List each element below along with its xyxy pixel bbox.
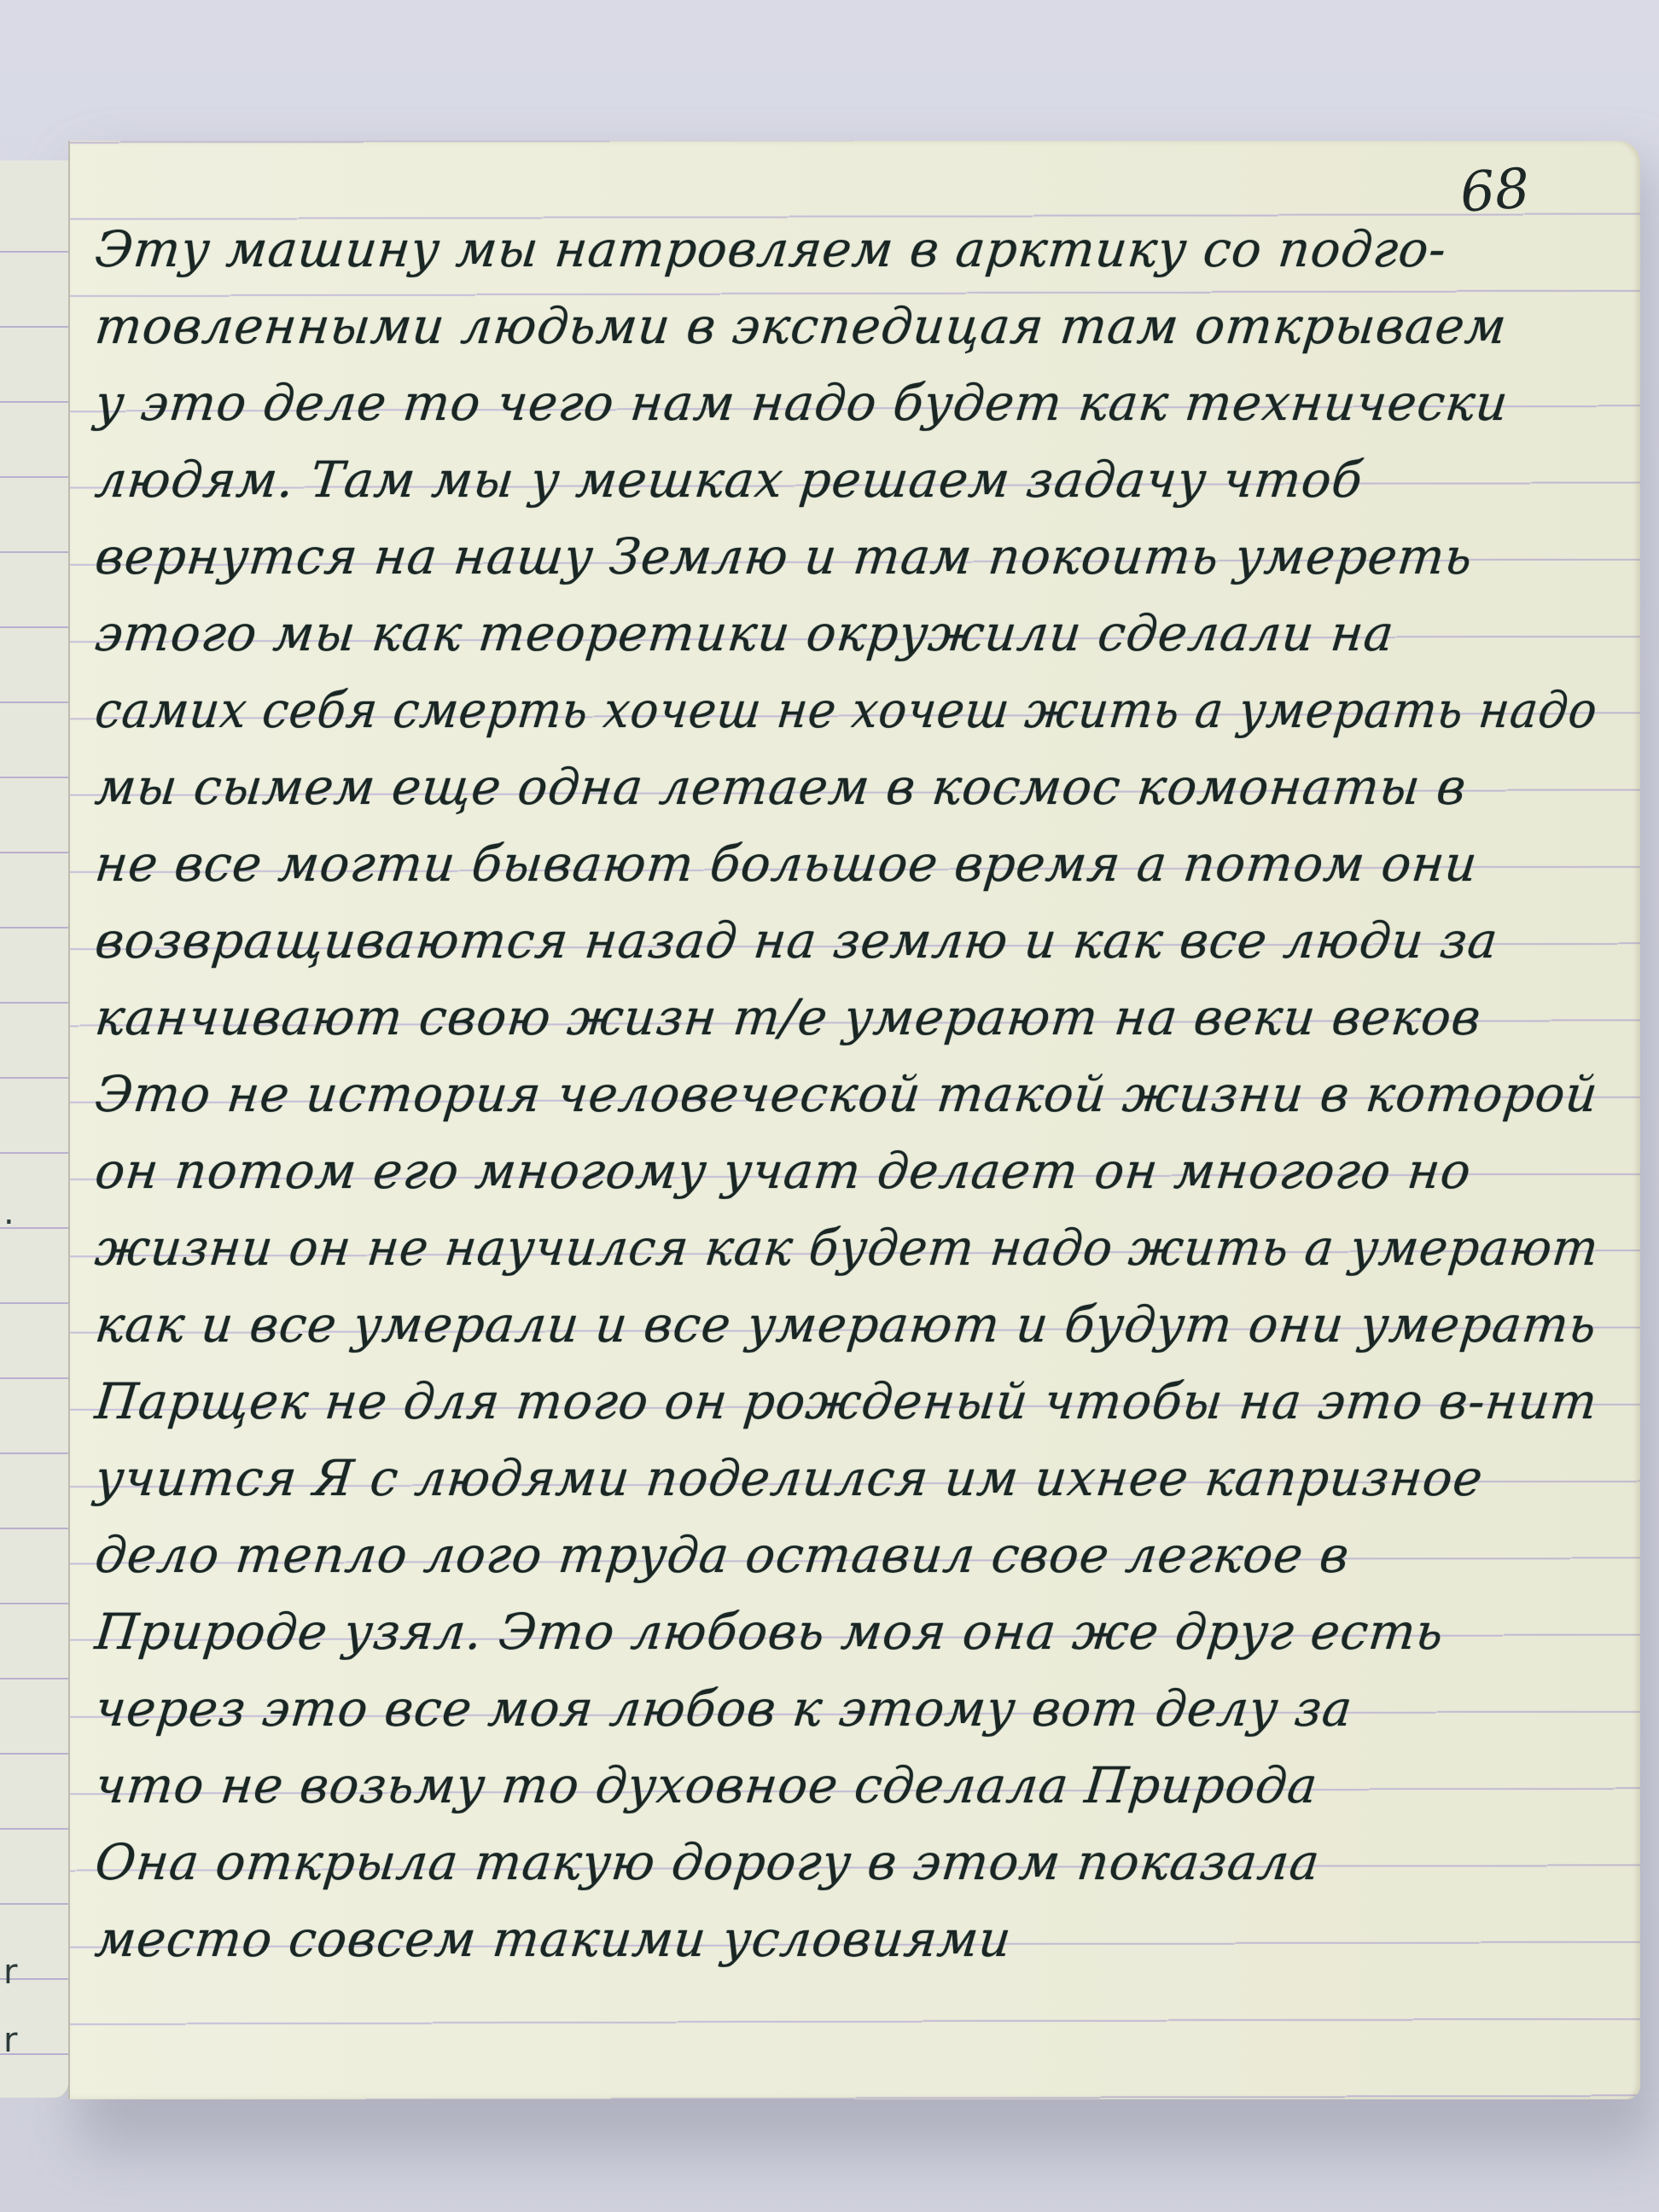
handwritten-line: как и все умерали и все умерают и будут … bbox=[91, 1286, 1594, 1363]
handwritten-line: вернутся на нашу Землю и там покоить уме… bbox=[91, 518, 1602, 595]
handwritten-line: канчивают свою жизн т/е умерают на веки … bbox=[91, 979, 1602, 1056]
handwritten-line: не все могти бывают большое время а пото… bbox=[91, 825, 1602, 902]
handwritten-line: возвращиваются назад на землю и как все … bbox=[91, 902, 1602, 979]
handwritten-line: Природе узял. Это любовь моя она же друг… bbox=[91, 1593, 1602, 1670]
handwritten-line: мы сымем еще одна летаем в космос комона… bbox=[91, 748, 1602, 825]
handwritten-line: место совсем такими условиями bbox=[91, 1901, 1602, 1977]
handwritten-line: жизни он не научился как будет надо жить… bbox=[91, 1209, 1569, 1286]
handwritten-line: он потом его многому учат делает он мног… bbox=[91, 1132, 1602, 1209]
handwritten-line: людям. Там мы у мешках решаем задачу что… bbox=[91, 441, 1602, 518]
handwritten-line: товленными людьми в экспедицая там откры… bbox=[91, 288, 1602, 364]
handwritten-line: Она открыла такую дорогу в этом показала bbox=[91, 1824, 1602, 1901]
handwritten-text: Эту машину мы натровляем в арктику со по… bbox=[96, 211, 1615, 1977]
left-margin-mark: r bbox=[3, 1953, 17, 1992]
notebook-page: 68 Эту машину мы натровляем в арктику со… bbox=[68, 141, 1640, 2099]
adjacent-left-page: . r r bbox=[0, 160, 70, 2098]
handwritten-line: самих себя смерть хочеш не хочеш жить а … bbox=[91, 672, 1518, 748]
left-margin-mark: r bbox=[3, 2021, 17, 2060]
handwritten-line: Это не история человеческой такой жизни … bbox=[91, 1056, 1596, 1132]
handwritten-line: дело тепло лого труда оставил свое легко… bbox=[91, 1516, 1602, 1593]
handwritten-line: через это все моя любов к этому вот делу… bbox=[91, 1670, 1602, 1747]
handwritten-line: у это деле то чего нам надо будет как те… bbox=[91, 364, 1602, 441]
handwritten-line: этого мы как теоретики окружили сделали … bbox=[91, 595, 1602, 672]
handwritten-line: Эту машину мы натровляем в арктику со по… bbox=[91, 211, 1602, 288]
handwritten-line: Парщек не для того он рожденый чтобы на … bbox=[91, 1363, 1588, 1440]
handwritten-line: учится Я с людями поделился им ихнее кап… bbox=[91, 1440, 1602, 1516]
left-margin-mark: . bbox=[3, 1193, 15, 1232]
handwritten-line: что не возьму то духовное сделала Природ… bbox=[91, 1747, 1602, 1824]
